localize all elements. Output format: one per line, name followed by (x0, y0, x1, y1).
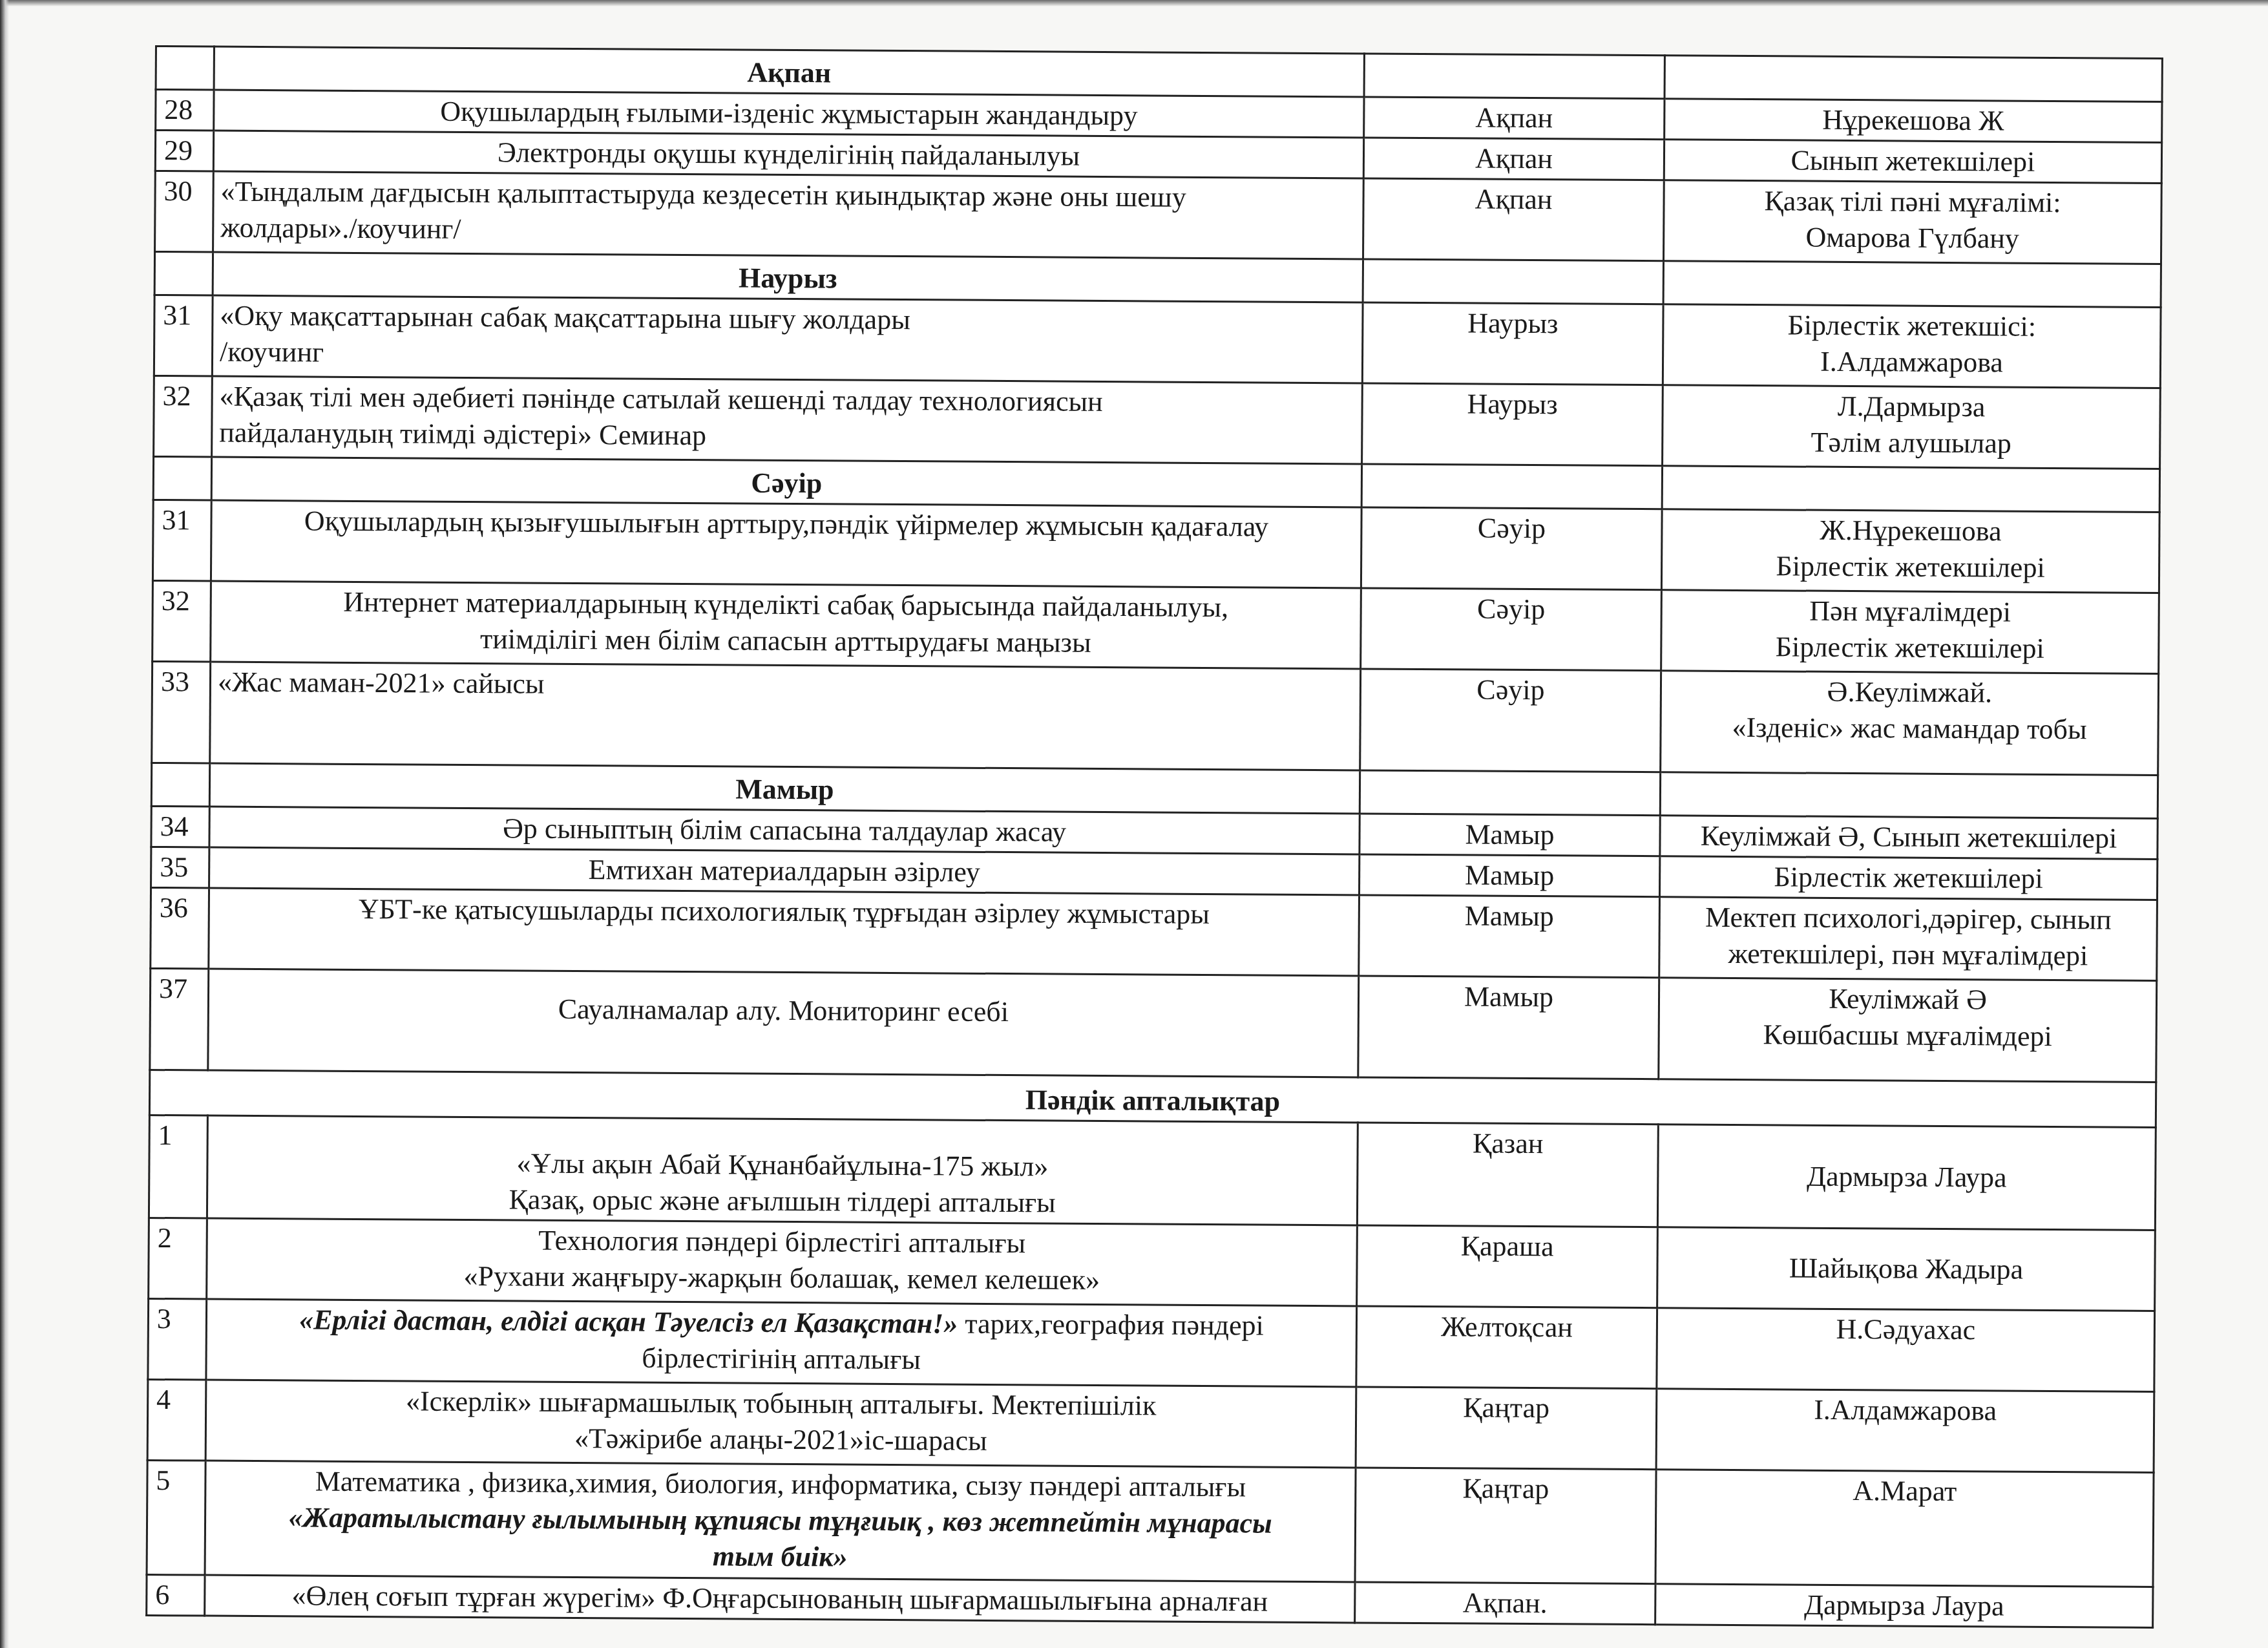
month-cell: Мамыр (1358, 976, 1659, 1079)
scan-edge-left (0, 0, 9, 1648)
row-number: 34 (151, 806, 209, 847)
event-cell: «Ұлы ақын Абай Құнанбайұлына-175 жыл»Қаз… (207, 1115, 1358, 1225)
work-plan-table: Ақпан 28 Оқушылардың ғылыми-ізденіс жұмы… (145, 45, 2163, 1629)
event-cell: Емтихан материалдарын әзірлеу (209, 847, 1360, 895)
month-cell: Қаңтар (1355, 1468, 1656, 1584)
row-number: 36 (151, 887, 209, 969)
table-row: 33 «Жас маман-2021» сайысы Сәуір Ә.Кеулі… (152, 661, 2159, 775)
responsible-cell: А.Марат (1655, 1470, 2154, 1587)
responsible-cell: Нұрекешова Ж (1664, 99, 2162, 143)
table-row: 31 Оқушылардың қызығушылығын арттыру,пән… (152, 500, 2159, 593)
month-cell: Мамыр (1360, 854, 1660, 897)
row-number: 1 (149, 1115, 207, 1218)
row-number: 4 (147, 1379, 206, 1461)
row-number: 5 (147, 1460, 205, 1575)
event-cell: «Жас маман-2021» сайысы (210, 662, 1361, 770)
row-number: 31 (152, 500, 211, 581)
row-number: 2 (149, 1218, 207, 1299)
row-number: 33 (152, 661, 211, 763)
responsible-cell: Пән мұғалімдеріБірлестік жетекшілері (1661, 590, 2159, 674)
table-row: 1 «Ұлы ақын Абай Құнанбайұлына-175 жыл»Қ… (149, 1115, 2156, 1230)
table-row: 2 Технология пәндері бірлестігі апталығы… (149, 1218, 2156, 1311)
month-cell: Ақпан (1364, 97, 1664, 140)
table-row: 31 «Оқу мақсаттарынан сабақ мақсаттарына… (154, 295, 2161, 388)
responsible-cell: Кеулімжай Ә, Сынып жетекшілері (1660, 816, 2158, 860)
event-cell: Оқушылардың ғылыми-ізденіс жұмыстарын жа… (214, 90, 1364, 138)
month-cell: Мамыр (1360, 814, 1660, 856)
row-number: 32 (152, 580, 211, 662)
section-title: Сәуір (211, 457, 1361, 507)
event-cell: «Ерлігі дастан, елдігі асқан Тәуелсіз ел… (206, 1299, 1357, 1387)
month-cell: Сәуір (1361, 507, 1662, 590)
event-cell: Сауалнамалар алу. Мониторинг есебі (208, 969, 1359, 1077)
responsible-cell: Шайықова Жадыра (1657, 1227, 2156, 1311)
event-cell: «Тыңдалым дағдысын қалыптастыруда кездес… (213, 171, 1364, 259)
table-row: 3 «Ерлігі дастан, елдігі асқан Тәуелсіз … (148, 1298, 2155, 1391)
responsible-cell: Қазақ тілі пәні мұғалімі:Омарова Гүлбану (1664, 180, 2162, 264)
month-cell: Қаңтар (1356, 1387, 1657, 1470)
month-cell: Қараша (1357, 1225, 1658, 1308)
responsible-cell: І.Алдамжарова (1656, 1389, 2154, 1473)
event-cell: ҰБТ-ке қатысушыларды психологиялық тұрғы… (209, 888, 1360, 976)
table-row: 32 Интернет материалдарының күнделікті с… (152, 580, 2159, 673)
month-cell: Ақпан (1363, 138, 1664, 180)
row-number: 31 (154, 295, 213, 377)
month-cell: Ақпан (1363, 178, 1664, 261)
row-number: 32 (154, 375, 213, 457)
responsible-cell: Бірлестік жетекшісі:І.Алдамжарова (1663, 304, 2161, 388)
row-number: 30 (155, 171, 214, 253)
event-title-italic: «Ерлігі дастан, елдігі асқан Тәуелсіз ел… (299, 1304, 958, 1339)
event-cell: «Оқу мақсаттарынан сабақ мақсаттарына шы… (212, 295, 1363, 383)
row-number: 3 (148, 1298, 207, 1380)
row-number: 28 (156, 90, 214, 131)
month-cell: Наурыз (1362, 383, 1663, 466)
responsible-cell: Дармырза Лаура (1657, 1125, 2156, 1231)
event-cell: Электронды оқушы күнделігінің пайдаланыл… (213, 131, 1363, 178)
section-title: Ақпан (214, 47, 1364, 97)
event-cell: «Іскерлік» шығармашылық тобының апталығы… (205, 1380, 1356, 1468)
month-cell: Ақпан. (1355, 1582, 1655, 1625)
month-cell: Желтоқсан (1356, 1306, 1657, 1389)
table-row: 37 Сауалнамалар алу. Мониторинг есебі Ма… (150, 968, 2157, 1082)
table-row: 36 ҰБТ-ке қатысушыларды психологиялық тұ… (151, 887, 2158, 980)
responsible-cell: Кеулімжай ӘКөшбасшы мұғалімдері (1659, 978, 2157, 1083)
month-cell: Наурыз (1362, 302, 1663, 385)
event-cell: Интернет материалдарының күнделікті саба… (211, 581, 1361, 669)
table-row: 30 «Тыңдалым дағдысын қалыптастыруда кез… (155, 171, 2162, 264)
month-cell: Мамыр (1359, 895, 1660, 978)
responsible-cell: Дармырза Лаура (1655, 1584, 2153, 1628)
section-title: Наурыз (213, 252, 1363, 302)
month-cell: Сәуір (1360, 669, 1661, 772)
row-number: 6 (147, 1574, 205, 1616)
responsible-cell: Сынып жетекшілері (1664, 140, 2161, 184)
month-cell: Сәуір (1361, 588, 1662, 671)
month-cell: Қазан (1357, 1123, 1658, 1227)
row-number: 37 (150, 968, 209, 1070)
responsible-cell: Н.Сәдуахас (1657, 1308, 2155, 1392)
table-row: 5 Математика , физика,химия, биология, и… (147, 1460, 2154, 1587)
table-row: 4 «Іскерлік» шығармашылық тобының апталы… (147, 1379, 2154, 1472)
responsible-cell: Ж.НұрекешоваБірлестік жетекшілері (1661, 509, 2159, 593)
event-cell: «Өлең соғып тұрған жүрегім» Ф.Оңғарсынов… (205, 1575, 1355, 1623)
event-cell: Оқушылардың қызығушылығын арттыру,пәндік… (211, 500, 1361, 588)
responsible-cell: Мектеп психологі,дәрігер, сыныпжетекшіле… (1659, 897, 2158, 981)
responsible-cell: Ә.Кеулімжай.«Ізденіс» жас мамандар тобы (1661, 671, 2159, 776)
table-row: 32 «Қазақ тілі мен әдебиеті пәнінде саты… (154, 375, 2161, 469)
event-cell: Математика , физика,химия, биология, инф… (205, 1461, 1356, 1582)
responsible-cell: Л.ДармырзаТәлім алушылар (1663, 385, 2161, 469)
event-cell: Әр сыныптың білім сапасына талдаулар жас… (209, 807, 1360, 854)
event-cell: Технология пәндері бірлестігі апталығы«Р… (207, 1218, 1358, 1306)
section-title: Мамыр (209, 763, 1360, 814)
event-cell: «Қазақ тілі мен әдебиеті пәнінде сатылай… (212, 376, 1363, 464)
responsible-cell: Бірлестік жетекшілері (1659, 856, 2157, 900)
row-number: 35 (151, 847, 209, 888)
row-number: 29 (155, 131, 213, 172)
scan-edge-top (0, 0, 2268, 6)
